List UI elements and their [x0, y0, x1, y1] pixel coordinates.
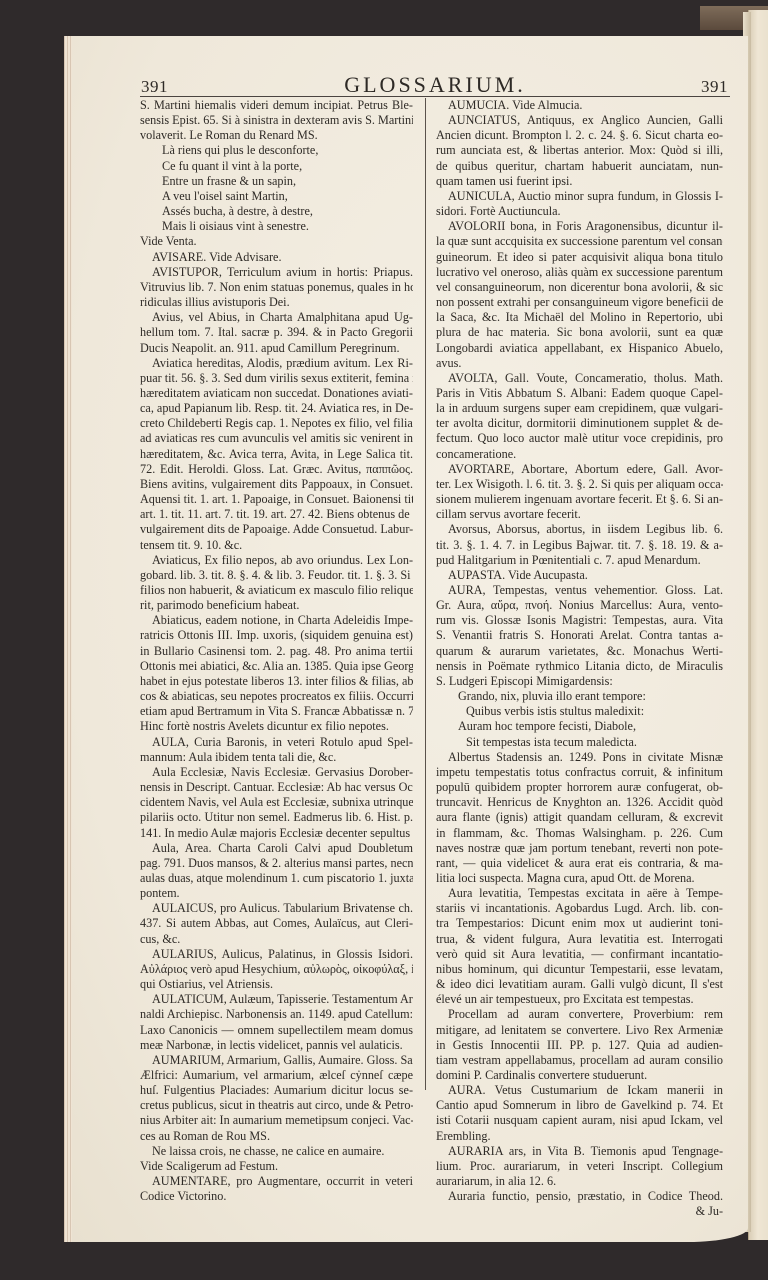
text-line: AVOLORII bona, in Foris Aragonensibus, d… [436, 219, 723, 234]
page-stack-edge [64, 36, 72, 1242]
text-line: Hinc fortè nostris Avelets dicuntur ex f… [140, 719, 413, 734]
text-line: trua, & vident fulgura, Aura levatitia e… [436, 932, 723, 947]
text-line: vulgairement dits de Papoaige. Adde Cons… [140, 522, 413, 537]
text-line: ces au Roman de Rou MS. [140, 1129, 413, 1144]
text-line: & Ju- [436, 1204, 723, 1219]
column-divider [425, 98, 426, 1090]
text-line: S. Martini hiemalis videri demum incipia… [140, 98, 413, 113]
text-line: ratricis Ottonis III. Imp. uxoris, (siqu… [140, 628, 413, 643]
text-line: Ne laissa crois, ne chasse, ne calice en… [140, 1144, 413, 1159]
text-line: Grando, nix, pluvia illo erant tempore: [436, 689, 723, 704]
text-line: mannum: Aula ibidem tenta tali die, &c. [140, 750, 413, 765]
text-line: gobard. lib. 3. tit. 8. §. 4. & lib. 3. … [140, 568, 413, 583]
text-line: nensis in Descript. Cantuar. Ecclesiæ: A… [140, 780, 413, 795]
text-line: qui Ostiarius, vel Atriensis. [140, 977, 413, 992]
text-line: naldi Archiepisc. Narbonensis an. 1149. … [140, 1007, 413, 1022]
running-header: 391 GLOSSARIUM. 391 [140, 72, 730, 97]
text-line: AUMUCIA. Vide Almucia. [436, 98, 723, 113]
text-line: hæreditatem, &c. Avica terra, Avita, in … [140, 447, 413, 462]
text-line: plura de hac materia. Sic bona avolorii,… [436, 325, 723, 340]
text-line: in Bullario Casinensi tom. 2. pag. 48. P… [140, 644, 413, 659]
text-line: lucrativo vel oneroso, aliàs quàm ex suc… [436, 265, 723, 280]
next-page-edge [748, 10, 768, 1240]
text-line: nibus hominum, qui dicuntur Tempestarii,… [436, 962, 723, 977]
text-line: in flammam, &c. Thomas Walsingham. p. 22… [436, 826, 723, 841]
text-line: Avorsus, Aborsus, abortus, in iisdem Leg… [436, 522, 723, 537]
page-title: GLOSSARIUM. [140, 72, 730, 98]
text-line: Aura levatitia, Tempestas excitata in aë… [436, 886, 723, 901]
text-line: Gr. Aura, αὔρα, πνοή. Nonius Marcellus: … [436, 598, 723, 613]
left-column: S. Martini hiemalis videri demum incipia… [140, 98, 413, 1204]
text-line: AUNCIATUS, Antiquus, ex Anglico Auncien,… [436, 113, 723, 128]
text-line: Avius, vel Abius, in Charta Amalphitana … [140, 310, 413, 325]
text-line: Ce fu quant il vint à la porte, [140, 159, 413, 174]
text-line: aulas duas, atque molendinum 1. cum pisc… [140, 871, 413, 886]
text-line: ter. Lex Wisigoth. l. 6. tit. 3. §. 2. S… [436, 477, 723, 492]
text-line: pilariis octo. Utitur non semel. Eadmeru… [140, 810, 413, 825]
text-line: filios non habuerit, & aviaticum ex masc… [140, 583, 413, 598]
text-line: meæ Narbonæ, in lectis videlicet, pannis… [140, 1038, 413, 1053]
text-line: volaverit. Le Roman du Renard MS. [140, 128, 413, 143]
text-line: populū quibidem propter horrorem auræ co… [436, 780, 723, 795]
text-line: Laxo Canonicis — omnem supellectilem mea… [140, 1023, 413, 1038]
text-line: art. 1. tit. 11. art. 7. tit. 19. art. 2… [140, 507, 413, 522]
text-line: Ælfrici: Aumarium, vel armarium, ælceſ c… [140, 1068, 413, 1083]
text-line: cus, &c. [140, 932, 413, 947]
text-line: AURA, Tempestas, ventus vehementior. Glo… [436, 583, 723, 598]
text-line: puar tit. 56. §. 3. Sed dum virilis sexu… [140, 371, 413, 386]
text-line: AULARIUS, Aulicus, Palatinus, in Glossis… [140, 947, 413, 962]
text-line: hæreditatem aviaticam non succedat. Dona… [140, 386, 413, 401]
text-line: Erembling. [436, 1129, 723, 1144]
text-line: 141. In medio Aulæ majoris Ecclesiæ dece… [140, 826, 413, 841]
text-line: Aviaticus, Ex filio nepos, ab avo oriund… [140, 553, 413, 568]
text-line: truncavit. Henricus de Knyghton an. 1326… [436, 795, 723, 810]
text-line: rum aunciata est, & libertas anterior. M… [436, 143, 723, 158]
text-line: tit. 3. §. 1. 4. 7. in Legibus Bajwar. t… [436, 538, 723, 553]
text-line: & ideo dici levatitiam auram. Galli vulg… [436, 977, 723, 992]
text-line: cidentem Navis, vel Aula est Ecclesiæ, s… [140, 795, 413, 810]
text-line: Ancien dicunt. Brompton l. 2. c. 24. §. … [436, 128, 723, 143]
text-line: sionem mulierem ingenuam avortare feceri… [436, 492, 723, 507]
text-line: la quæ sunt accquisita ex successione pa… [436, 234, 723, 249]
text-line: Ottonis mei abiatici, &c. Alia an. 1385.… [140, 659, 413, 674]
text-line: AUMARIUM, Armarium, Gallis, Aumaire. Glo… [140, 1053, 413, 1068]
text-line: pontem. [140, 886, 413, 901]
text-line: rant, — quia videlicet & aura erat eis c… [436, 856, 723, 871]
text-line: AUPASTA. Vide Aucupasta. [436, 568, 723, 583]
text-line: creto Childeberti Regis cap. 1. Nepotes … [140, 416, 413, 431]
text-line: S. Venantii fratris S. Honorati Arelat. … [436, 628, 723, 643]
text-line: AURA. Vetus Custumarium de Ickam manerii… [436, 1083, 723, 1098]
text-line: AVOLTA, Gall. Voute, Concameratio, tholu… [436, 371, 723, 386]
text-line: aurariarum, in alia 12. 6. [436, 1174, 723, 1189]
text-line: AURARIA ars, in Vita B. Tiemonis apud Te… [436, 1144, 723, 1159]
text-line: cretus publicus, sicut in theatris aut c… [140, 1098, 413, 1113]
text-line: Vitruvius lib. 7. Non enim statuas ponem… [140, 280, 413, 295]
text-line: fectum. Quo loco auctor malè utitur voce… [436, 431, 723, 446]
text-line: non possent extrahi per consanguineum vi… [436, 295, 723, 310]
text-line: Codice Victorino. [140, 1189, 413, 1204]
text-line: aura flante (ignis) attigit quandam cell… [436, 810, 723, 825]
text-line: Entre un frasne & un sapin, [140, 174, 413, 189]
text-line: naves nostræ quæ jam portum tenebant, re… [436, 841, 723, 856]
text-line: quam tamen usi fuerint ipsi. [436, 174, 723, 189]
text-line: verò quid sit Aura levatitia, — confirma… [436, 947, 723, 962]
text-line: A veu l'oisel saint Martin, [140, 189, 413, 204]
text-line: nius Arbiter ait: In aumarium memetipsum… [140, 1113, 413, 1128]
text-line: Vide Venta. [140, 234, 413, 249]
text-line: tra Tempestarios: Dicunt enim mox ut aud… [436, 916, 723, 931]
text-line: 72. Edit. Heroldi. Gloss. Lat. Græc. Avi… [140, 462, 413, 477]
text-line: Paris in Vitis Abbatum S. Albani: Eadem … [436, 386, 723, 401]
text-line: tensem tit. 9. 10. &c. [140, 538, 413, 553]
text-line: isti Cotarii nusquam capient auram, nisi… [436, 1113, 723, 1128]
text-line: rum vis. Glossæ Isonis Magistri: Tempest… [436, 613, 723, 628]
text-line: pag. 791. Duos mansos, & 2. alterius man… [140, 856, 413, 871]
text-line: Auraria functio, pensio, præstatio, in C… [436, 1189, 723, 1204]
text-line: pud Halitgarium in Pœnitentiali c. 7. ap… [436, 553, 723, 568]
text-line: Aviatica hereditas, Alodis, prædium avit… [140, 356, 413, 371]
text-line: AVISTUPOR, Terriculum avium in hortis: P… [140, 265, 413, 280]
text-line: Aula Ecclesiæ, Navis Ecclesiæ. Gervasius… [140, 765, 413, 780]
text-line: Vide Scaligerum ad Festum. [140, 1159, 413, 1174]
text-line: ter avolta dicitur, dormitorii diminutio… [436, 416, 723, 431]
text-line: AUMENTARE, pro Augmentare, occurrit in v… [140, 1174, 413, 1189]
text-line: litia loci suspecta. Magna cura, apud Ot… [436, 871, 723, 886]
text-line: AVISARE. Vide Advisare. [140, 250, 413, 265]
text-line: Ducis Neapolit. an. 911. apud Camillum P… [140, 341, 413, 356]
right-column: AUMUCIA. Vide Almucia.AUNCIATUS, Antiquu… [436, 98, 723, 1220]
text-line: concameratione. [436, 447, 723, 462]
text-line: lium. Proc. aurariarum, in veteri Inscri… [436, 1159, 723, 1174]
text-line: Biens avitins, vulgairement dits Pappoau… [140, 477, 413, 492]
text-line: mitigare, ad lenitatem se convertere. Li… [436, 1023, 723, 1038]
text-line: sensis Epist. 65. Si à sinistra in dexte… [140, 113, 413, 128]
text-line: AULAICUS, pro Aulicus. Tabularium Brivat… [140, 901, 413, 916]
text-line: rit, parimodo beneficium habeat. [140, 598, 413, 613]
text-line: ad aviaticas res cum avunculis vel amiti… [140, 431, 413, 446]
text-line: Là riens qui plus le desconforte, [140, 143, 413, 158]
text-line: impetu tempestatis totus confractus corr… [436, 765, 723, 780]
text-line: S. Ludgeri Episcopi Mimigardensis: [436, 674, 723, 689]
text-line: in Gestis Innocentii III. PP. p. 127. Qu… [436, 1038, 723, 1053]
text-line: cos & abiaticas, seu nepotes procreatos … [140, 689, 413, 704]
text-line: Mais li oisiaus vint à senestre. [140, 219, 413, 234]
text-line: de quibus queritur, chartam habuerit aun… [436, 159, 723, 174]
text-line: élevé un air tempestueux, pro Excitata e… [436, 992, 723, 1007]
text-line: Aula, Area. Charta Caroli Calvi apud Dou… [140, 841, 413, 856]
text-line: Sit tempestas ista tecum maledicta. [436, 735, 723, 750]
text-line: sidori. Fortè Auctiuncula. [436, 204, 723, 219]
text-line: AULATICUM, Aulæum, Tapisserie. Testament… [140, 992, 413, 1007]
text-line: stariis vi incantationis. Agobardus Lugd… [436, 901, 723, 916]
text-line: ca, apud Papianum lib. Resp. tit. 24. Av… [140, 401, 413, 416]
text-line: la in arduum surgens super eam crepidine… [436, 401, 723, 416]
text-line: Aquensi tit. 1. art. 1. Papoaige, in Con… [140, 492, 413, 507]
text-line: Albertus Stadensis an. 1249. Pons in civ… [436, 750, 723, 765]
page-number-right: 391 [701, 77, 728, 97]
text-line: hellum tom. 7. Ital. sacræ p. 394. & in … [140, 325, 413, 340]
text-line: ridiculas illius avistuporis Dei. [140, 295, 413, 310]
text-line: Auram hoc tempore fecisti, Diabole, [436, 719, 723, 734]
text-line: tiam vestram appellabamus, procellam ad … [436, 1053, 723, 1068]
text-line: Quibus verbis istis stultus maledixit: [436, 704, 723, 719]
text-line: etiam apud Bertramum in Vita S. Francæ A… [140, 704, 413, 719]
text-line: Αὐλάριος verò apud Hesychium, αὐλωρὸς, ο… [140, 962, 413, 977]
text-line: quarum & aurarum varietates, &c. Monachu… [436, 644, 723, 659]
text-line: Longobardi aviatica appellabant, ex Hisp… [436, 341, 723, 356]
text-line: 437. Si autem Abbas, aut Comes, Aulaïcus… [140, 916, 413, 931]
text-line: avus. [436, 356, 723, 371]
text-line: Procellam ad auram convertere, Proverbiu… [436, 1007, 723, 1022]
text-line: guineorum. Et ideo si pater acquisivit a… [436, 250, 723, 265]
text-line: habet in ejus potestate liberos 13. inte… [140, 674, 413, 689]
text-line: la Saca, &c. Ita Michaël del Molino in R… [436, 310, 723, 325]
text-line: cillam servus avortare fecerit. [436, 507, 723, 522]
text-line: Assés bucha, à destre, à destre, [140, 204, 413, 219]
text-line: AULA, Curia Baronis, in veteri Rotulo ap… [140, 735, 413, 750]
text-line: domini P. Cardinalis convertere studueru… [436, 1068, 723, 1083]
text-line: Cantio apud Somnerum in libro de Gavelki… [436, 1098, 723, 1113]
text-line: nensis in Poëmate rythmico Litania dicto… [436, 659, 723, 674]
text-line: AUNICULA, Auctio minor supra fundum, in … [436, 189, 723, 204]
text-line: huſ. Fulgentius Placiades: Aumarium dici… [140, 1083, 413, 1098]
text-line: Abiaticus, eadem notione, in Charta Adel… [140, 613, 413, 628]
text-line: AVORTARE, Abortare, Abortum edere, Gall.… [436, 462, 723, 477]
text-line: vel consanguineorum, non dicerentur bona… [436, 280, 723, 295]
